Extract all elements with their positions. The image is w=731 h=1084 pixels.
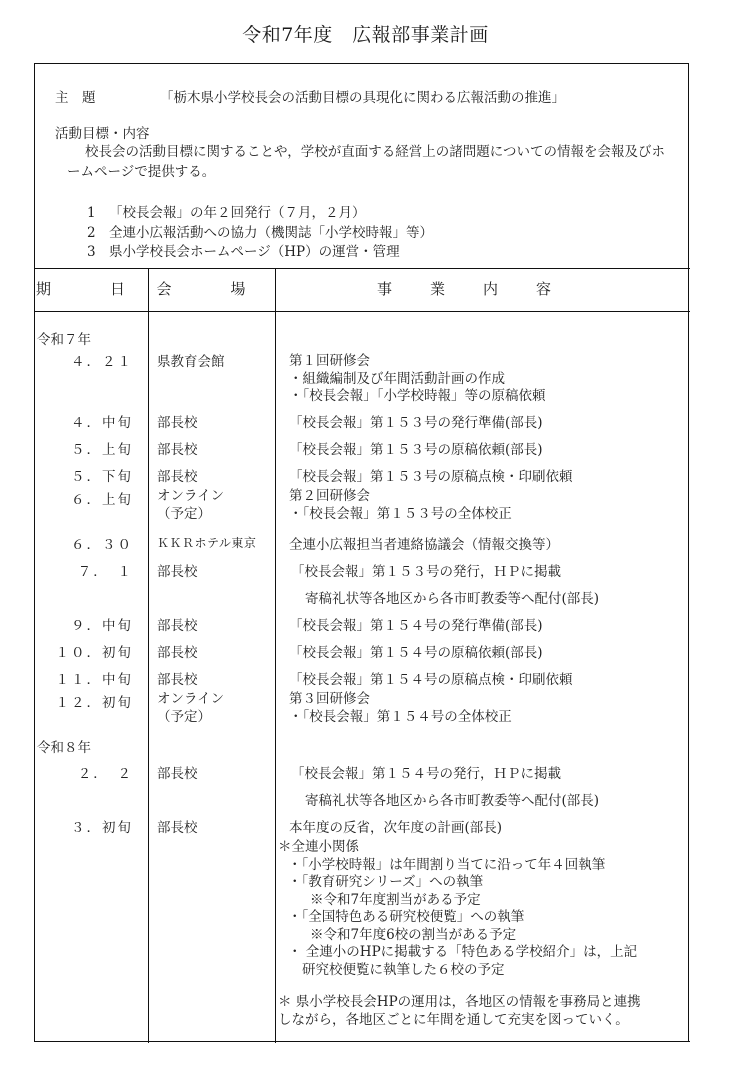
page-title: 令和7年度 広報部事業計画 bbox=[0, 20, 731, 47]
row-date: ５．上旬 bbox=[35, 438, 133, 458]
row-content: 「校長会報」第１５３号の原稿依頼(部長) bbox=[289, 438, 543, 458]
header-venue: 会 場 bbox=[149, 278, 275, 299]
row-content-sub: 寄稿礼状等各地区から各市町教委等へ配付(部長) bbox=[305, 789, 599, 809]
row-content: 本年度の反省，次年度の計画(部長) bbox=[289, 816, 502, 836]
row-venue: 部長校 bbox=[157, 641, 198, 661]
row-content: 第１回研修会 ・組織編制及び年間活動計画の作成 ・「校長会報」「小学校時報」等の… bbox=[289, 353, 546, 406]
goals-list: 1「校長会報」の年２回発行（７月，２月） 2全連小広報活動への協力（機関誌「小学… bbox=[87, 204, 433, 263]
row-venue: 県教育会館 bbox=[157, 350, 225, 370]
row-venue: 部長校 bbox=[157, 762, 198, 782]
row-venue: 部長校 bbox=[157, 465, 198, 485]
row-content: 第３回研修会 ・「校長会報」第１５４号の全体校正 bbox=[289, 691, 512, 726]
hp-notes: ＊ 県小学校長会HPの運用は，各地区の情報を事務局と連携 しながら，各地区ごとに… bbox=[278, 994, 641, 1029]
row-date: ５．下旬 bbox=[35, 465, 133, 485]
theme-label: 主 題 bbox=[55, 86, 145, 106]
row-venue: オンライン （予定） bbox=[157, 488, 224, 523]
row-content: 「校長会報」第１５４号の発行準備(部長) bbox=[289, 614, 543, 634]
row-date: ３．初旬 bbox=[35, 816, 133, 836]
row-content: 「校長会報」第１５３号の発行，ＨＰに掲載 bbox=[291, 560, 561, 580]
row-content: 全連小広報担当者連絡協議会（情報交換等） bbox=[289, 533, 559, 553]
goal-item: 3県小学校長会ホームページ（HP）の運営・管理 bbox=[87, 243, 433, 263]
row-venue: 部長校 bbox=[157, 438, 198, 458]
row-venue: ＫＫＲホテル東京 bbox=[157, 534, 256, 551]
row-content: 「校長会報」第１５４号の原稿依頼(部長) bbox=[289, 641, 543, 661]
row-content: 第２回研修会 ・「校長会報」第１５３号の全体校正 bbox=[289, 488, 512, 523]
header-date: 期 日 bbox=[35, 278, 148, 299]
row-content: 「校長会報」第１５４号の原稿点検・印刷依頼 bbox=[289, 668, 573, 688]
row-date: ９．中旬 bbox=[35, 614, 133, 634]
goal-item: 2全連小広報活動への協力（機関誌「小学校時報」等） bbox=[87, 224, 433, 244]
year-label: 令和７年 bbox=[37, 328, 91, 348]
row-content: 「校長会報」第１５３号の原稿点検・印刷依頼 bbox=[289, 465, 573, 485]
table-bottom-border bbox=[34, 1041, 690, 1042]
goals-body: 校長会の活動目標に関することや，学校が直面する経営上の諸問題についての情報を会報… bbox=[67, 142, 677, 182]
row-content: 「校長会報」第１５３号の発行準備(部長) bbox=[289, 411, 543, 431]
header-content: 事業内容 bbox=[276, 278, 690, 299]
row-venue: オンライン （予定） bbox=[157, 691, 224, 726]
row-date: ６．上旬 bbox=[35, 488, 133, 508]
goal-item: 1「校長会報」の年２回発行（７月，２月） bbox=[87, 204, 433, 224]
plan-table: 主 題 「栃木県小学校長会の活動目標の具現化に関わる広報活動の推進」 活動目標・… bbox=[34, 63, 689, 1042]
column-divider bbox=[275, 268, 276, 1043]
summary-divider bbox=[34, 268, 690, 269]
row-date: １２．初旬 bbox=[35, 691, 133, 711]
row-date: １０．初旬 bbox=[35, 641, 133, 661]
row-venue: 部長校 bbox=[157, 816, 198, 836]
column-divider bbox=[148, 268, 149, 1043]
summary-section: 主 題 「栃木県小学校長会の活動目標の具現化に関わる広報活動の推進」 活動目標・… bbox=[35, 64, 688, 269]
row-venue: 部長校 bbox=[157, 614, 198, 634]
goals-heading: 活動目標・内容 bbox=[55, 122, 150, 142]
theme-text: 「栃木県小学校長会の活動目標の具現化に関わる広報活動の推進」 bbox=[160, 86, 565, 106]
row-date: ４．中旬 bbox=[35, 411, 133, 431]
row-date: ６．３０ bbox=[35, 533, 133, 553]
row-venue: 部長校 bbox=[157, 560, 198, 580]
row-date: ２． ２ bbox=[35, 762, 133, 782]
header-divider bbox=[34, 311, 690, 312]
row-date: ７． １ bbox=[35, 560, 133, 580]
row-date: １１．中旬 bbox=[35, 668, 133, 688]
row-venue: 部長校 bbox=[157, 668, 198, 688]
row-date: ４．２１ bbox=[35, 350, 133, 370]
year-label: 令和８年 bbox=[37, 736, 91, 756]
row-content: 「校長会報」第１５４号の発行，ＨＰに掲載 bbox=[291, 762, 561, 782]
row-content-sub: 寄稿礼状等各地区から各市町教委等へ配付(部長) bbox=[305, 587, 599, 607]
row-venue: 部長校 bbox=[157, 411, 198, 431]
zenrensho-notes: ＊全連小関係 ・「小学校時報」は年間割り当てに沿って年４回執筆 ・「教育研究シリ… bbox=[278, 839, 637, 979]
